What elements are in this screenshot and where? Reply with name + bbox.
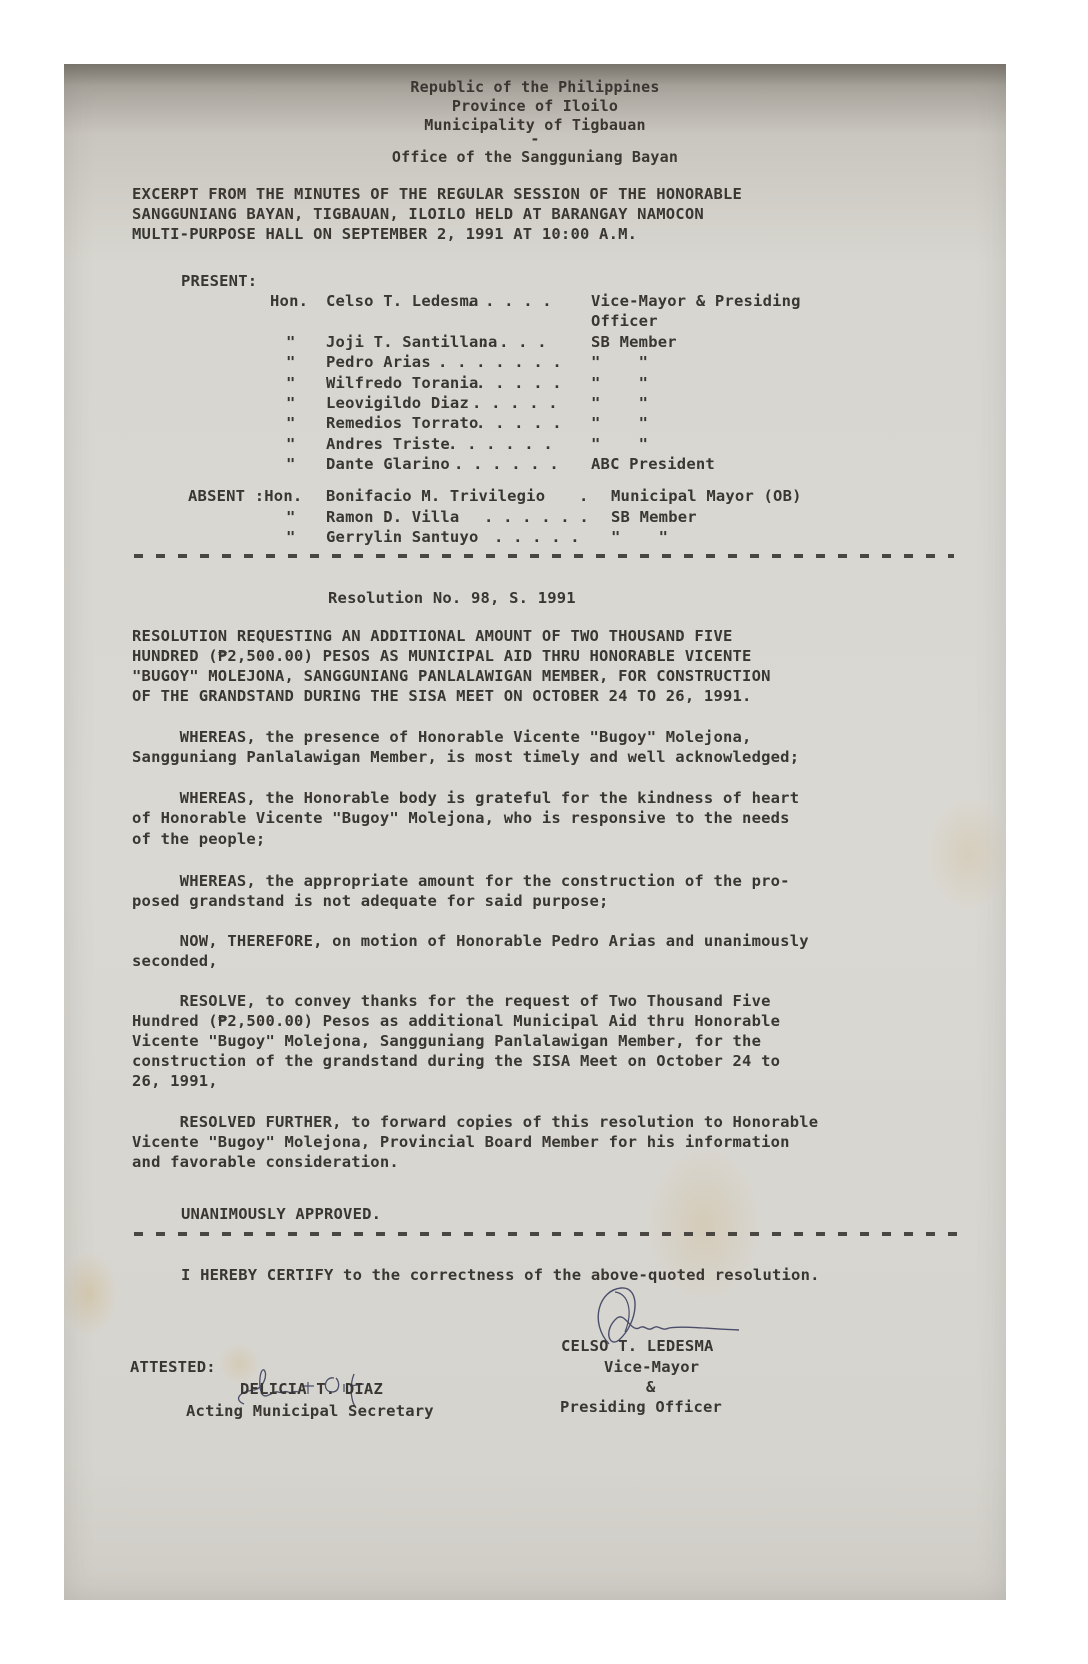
signatory-title: Presiding Officer [560, 1400, 722, 1416]
member-position: SB Member [611, 510, 697, 526]
header-province: Province of Iloilo [64, 99, 1006, 114]
dot-leader: . . . . . [476, 416, 562, 432]
paragraph-line: of Honorable Vicente "Bugoy" Molejona, w… [132, 811, 790, 827]
signatory-name: CELSO T. LEDESMA [561, 1339, 714, 1355]
member-position: " " [591, 437, 648, 453]
paragraph-line: WHEREAS, the Honorable body is grateful … [132, 791, 799, 807]
header-separator: - [64, 132, 1006, 147]
member-name: Joji T. Santillana [326, 335, 498, 351]
separator-dashes [134, 1232, 964, 1236]
paragraph-line: RESOLVE, to convey thanks for the reques… [132, 994, 771, 1010]
member-prefix: " [286, 335, 296, 351]
dot-leader: . . . . [480, 335, 547, 351]
member-position: " " [591, 355, 648, 371]
member-position: SB Member [591, 335, 677, 351]
member-prefix: " [286, 355, 296, 371]
member-position: " " [591, 396, 648, 412]
dot-leader: . [579, 489, 589, 505]
member-prefix: Hon. [270, 294, 308, 310]
excerpt-line: EXCERPT FROM THE MINUTES OF THE REGULAR … [132, 187, 742, 203]
member-prefix: " [286, 530, 296, 546]
resolution-document: Republic of the Philippines Province of … [64, 64, 1006, 1600]
member-position: " " [591, 416, 648, 432]
dot-leader: . . . . . . . [438, 355, 562, 371]
paragraph-line: and favorable consideration. [132, 1155, 399, 1171]
dot-leader: . . . . . [494, 530, 580, 546]
attester-name: DELICIA T. DIAZ [240, 1382, 383, 1398]
dot-leader: . . . . . [466, 294, 552, 310]
member-prefix: " [286, 457, 296, 473]
dot-leader: . . . . . . [454, 457, 559, 473]
member-position: " " [611, 530, 668, 546]
member-name: Ramon D. Villa [326, 510, 459, 526]
dot-leader: . . . . . [472, 396, 558, 412]
member-name: Bonifacio M. Trivilegio [326, 489, 545, 505]
member-prefix: " [286, 376, 296, 392]
resolution-title-line: "BUGOY" MOLEJONA, SANGGUNIANG PANLALAWIG… [132, 669, 771, 685]
dot-leader: . . . . . . [484, 510, 589, 526]
member-prefix: " [286, 396, 296, 412]
member-position: ABC President [591, 457, 715, 473]
header-office: Office of the Sangguniang Bayan [64, 150, 1006, 165]
member-position: Officer [591, 314, 658, 330]
paragraph-line: WHEREAS, the appropriate amount for the … [132, 874, 790, 890]
member-name: Wilfredo Torania [326, 376, 479, 392]
resolution-number: Resolution No. 98, S. 1991 [328, 591, 576, 607]
member-name: Leovigildo Diaz [326, 396, 469, 412]
member-prefix: " [286, 437, 296, 453]
member-name: Remedios Torrato [326, 416, 479, 432]
member-position: Municipal Mayor (OB) [611, 489, 802, 505]
paragraph-line: NOW, THEREFORE, on motion of Honorable P… [132, 934, 809, 950]
attester-title: Acting Municipal Secretary [186, 1404, 434, 1420]
document-photo: Republic of the Philippines Province of … [64, 64, 1006, 1600]
paragraph-line: Vicente "Bugoy" Molejona, Provincial Boa… [132, 1135, 790, 1151]
signatory-title-ampersand: & [646, 1380, 656, 1396]
member-position: " " [591, 376, 648, 392]
absent-label: ABSENT :Hon. [188, 489, 302, 505]
excerpt-line: SANGGUNIANG BAYAN, TIGBAUAN, ILOILO HELD… [132, 207, 704, 223]
paragraph-line: construction of the grandstand during th… [132, 1054, 780, 1070]
resolution-title-line: OF THE GRANDSTAND DURING THE SISA MEET O… [132, 689, 752, 705]
paragraph-line: Hundred (₱2,500.00) Pesos as additional … [132, 1014, 780, 1030]
present-label: PRESENT: [181, 274, 257, 290]
separator-dashes [134, 554, 954, 558]
dot-leader: . . . . . . [448, 437, 553, 453]
dot-leader: . . . . . [476, 376, 562, 392]
paragraph-line: Sangguniang Panlalawigan Member, is most… [132, 750, 799, 766]
attested-label: ATTESTED: [130, 1360, 216, 1376]
member-name: Gerrylin Santuyo [326, 530, 479, 546]
member-name: Celso T. Ledesma [326, 294, 479, 310]
paragraph-line: of the people; [132, 832, 265, 848]
member-prefix: " [286, 416, 296, 432]
paragraph-line: posed grandstand is not adequate for sai… [132, 894, 609, 910]
member-prefix: " [286, 510, 296, 526]
excerpt-line: MULTI-PURPOSE HALL ON SEPTEMBER 2, 1991 … [132, 227, 637, 243]
paragraph-line: 26, 1991, [132, 1074, 218, 1090]
member-name: Andres Triste [326, 437, 450, 453]
paragraph-line: Vicente "Bugoy" Molejona, Sangguniang Pa… [132, 1034, 761, 1050]
paragraph-line: RESOLVED FURTHER, to forward copies of t… [132, 1115, 818, 1131]
paragraph-line: WHEREAS, the presence of Honorable Vicen… [132, 730, 752, 746]
header-republic: Republic of the Philippines [64, 80, 1006, 95]
member-position: Vice-Mayor & Presiding [591, 294, 801, 310]
member-name: Pedro Arias [326, 355, 431, 371]
member-name: Dante Glarino [326, 457, 450, 473]
paragraph-line: seconded, [132, 954, 218, 970]
resolution-title-line: HUNDRED (₱2,500.00) PESOS AS MUNICIPAL A… [132, 649, 752, 665]
approval-statement: UNANIMOUSLY APPROVED. [181, 1207, 381, 1223]
signatory-title: Vice-Mayor [604, 1360, 699, 1376]
resolution-title-line: RESOLUTION REQUESTING AN ADDITIONAL AMOU… [132, 629, 733, 645]
